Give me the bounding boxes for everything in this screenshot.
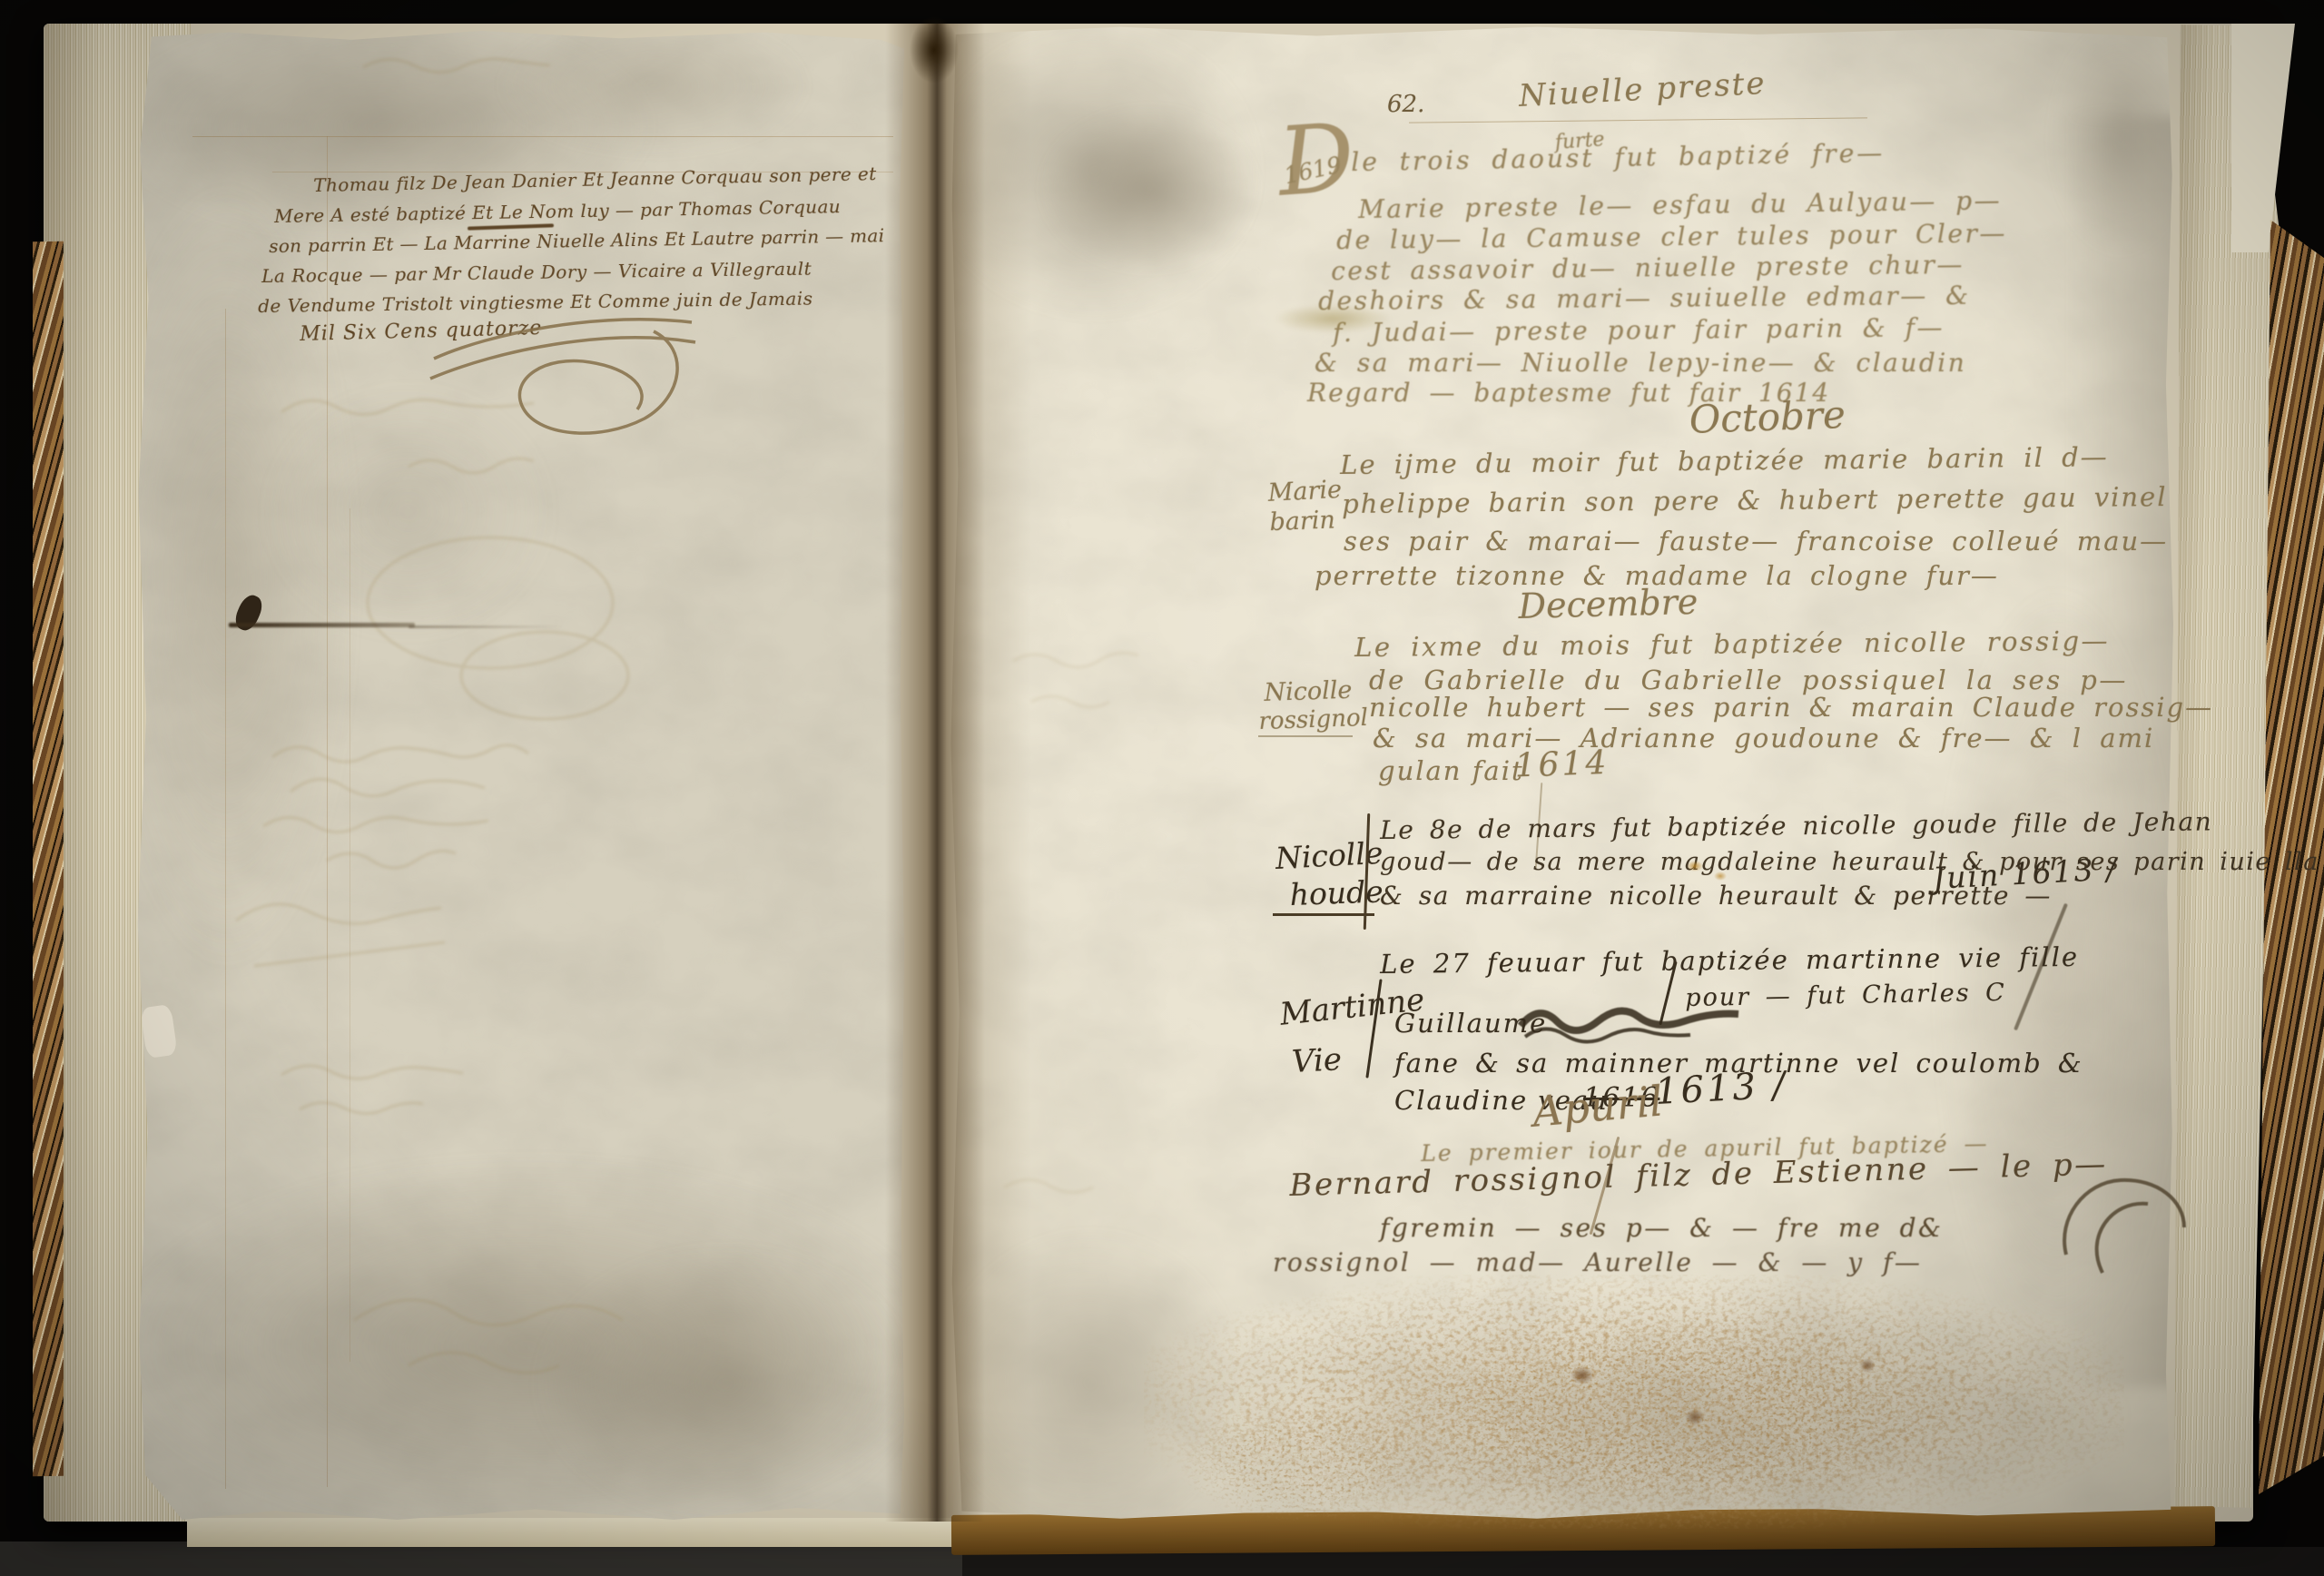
entry-line: ses pair & marai— fauste— francoise coll… — [1344, 526, 2168, 557]
heading-decembre: Decembre — [1518, 582, 1699, 626]
margin-name: Marie — [1267, 476, 1343, 507]
entry-line: rossignol — mad— Aurelle — & — y f— — [1273, 1247, 1922, 1277]
marbled-cover-left-edge — [33, 241, 64, 1477]
foxing-speckles — [1180, 1403, 1434, 1521]
page-number: 62. — [1387, 91, 1424, 118]
book-gutter — [885, 24, 985, 1522]
entry-line: f. Judai— preste pour fair parin & f— — [1333, 312, 1945, 348]
ink-scribble — [1516, 999, 1752, 1046]
bleedthrough-script — [136, 31, 904, 1520]
entry-line: & sa mari— Adrianne goudoune & fre— & l … — [1373, 723, 2154, 754]
spine-notch — [910, 16, 959, 84]
paraph-flourish — [427, 295, 699, 458]
entry-line: Le ixme du mois fut baptizée nicolle ros… — [1354, 625, 2110, 663]
bottom-page-stack-edge — [187, 1518, 953, 1547]
margin-name: barin — [1269, 506, 1335, 537]
heading-octobre: Octobre — [1689, 392, 1846, 442]
margin-name: Vie — [1291, 1041, 1343, 1080]
margin-name: houde — [1289, 873, 1384, 912]
entry-line: fgremin — ses p— & — fre me d& — [1380, 1213, 1943, 1243]
margin-name: Nicolle — [1275, 835, 1384, 876]
left-page — [136, 31, 904, 1520]
entry-line: & sa mari— Niuolle lepy-ine— & claudin — [1315, 348, 1966, 378]
entry-line: gulan fait — [1378, 755, 1524, 786]
margin-name: rossignol — [1258, 704, 1368, 735]
entry-year: 1614 — [1514, 744, 1610, 785]
photograph-of-open-register: Thomau filz De Jean Danier Et Jeanne Cor… — [0, 0, 2324, 1576]
entry-line: nicolle hubert — ses parin & marain Clau… — [1369, 692, 2213, 723]
entry-line: goud— de sa mere magdaleine heurault & p… — [1380, 848, 2319, 876]
foxing-speckles — [1362, 1316, 1961, 1507]
corrected-year: 1613 / — [1654, 1064, 1788, 1113]
page-block-head-face — [2231, 24, 2295, 252]
entry-end-flourish — [2048, 1164, 2202, 1291]
entry-line: de Gabrielle du Gabrielle possiquel la s… — [1369, 665, 2128, 695]
entry-line: deshoirs & sa mari— suiuelle edmar— & — [1318, 281, 1971, 316]
margin-name: Nicolle — [1264, 676, 1353, 707]
